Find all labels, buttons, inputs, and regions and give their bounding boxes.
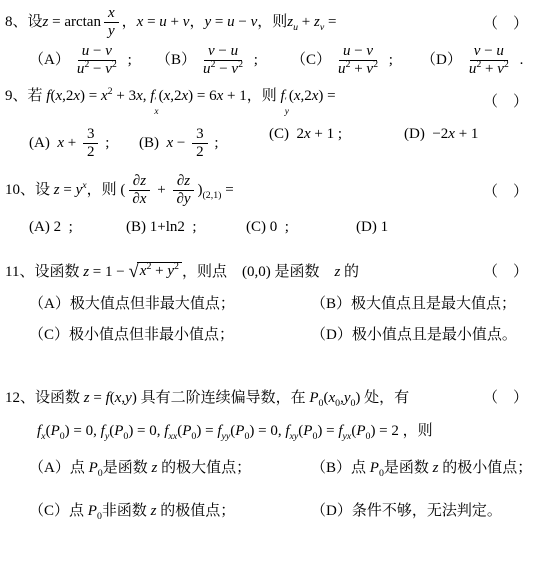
question-8-option-c: （C）u − vu2 + v2 ; (291, 43, 421, 79)
question-11-option-d: （D）极小值点且是最小值点。 (311, 323, 554, 344)
question-11-answer-blank: （ ） (483, 260, 528, 281)
question-8-option-a: （A）u − vu2 − v2 ; (29, 43, 156, 79)
question-12-option-b: （B）点 P0是函数 z 的极小值点； (311, 456, 554, 477)
question-10-stem-row: 10、设 z = yx，则 (∂z∂x + ∂z∂y)(2,1) = （ ） (5, 173, 554, 209)
question-10-option-a: (A) 2 ; (29, 219, 126, 236)
question-11-option-b: （B）极大值点且是最大值点； (311, 292, 554, 313)
question-8-option-d: （D）v − uu2 + v2 . (421, 43, 523, 79)
question-10-stem: 10、设 z = yx，则 (∂z∂x + ∂z∂y)(2,1) = (5, 173, 234, 209)
question-10-option-d: (D) 1 (356, 219, 388, 236)
question-8: 8、设z = arctanxy，x = u + v，y = u − v，则zu … (5, 5, 554, 78)
question-10: 10、设 z = yx，则 (∂z∂x + ∂z∂y)(2,1) = （ ） (… (5, 173, 554, 236)
question-9-options: (A) x + 32 ; (B) x − 32 ; (C) 2x + 1 ; (… (5, 126, 554, 162)
question-12-options: （A）点 P0是函数 z 的极大值点； （B）点 P0是函数 z 的极小值点； … (5, 456, 554, 520)
question-11-option-c: （C）极小值点但非最小值点； (29, 323, 311, 344)
question-12: 12、设函数 z = f(x,y) 具有二阶连续偏导数，在 P0(x0,y0) … (5, 386, 554, 520)
question-12-stem: 12、设函数 z = f(x,y) 具有二阶连续偏导数，在 P0(x0,y0) … (5, 386, 409, 407)
question-12-answer-blank: （ ） (483, 386, 528, 407)
question-11-option-a: （A）极大值点但非最大值点； (29, 292, 311, 313)
exam-page: 8、设z = arctanxy，x = u + v，y = u − v，则zu … (0, 0, 554, 565)
question-11: 11、设函数 z = 1 − √x2 + y2，则点 (0,0) 是函数 z 的… (5, 260, 554, 344)
question-12-conditions-formula: fx(P0) = 0, fy(P0) = 0, fxx(P0) = fyy(P0… (5, 419, 554, 440)
question-9-answer-blank: （ ） (483, 90, 528, 111)
question-9-option-b: (B) x − 32 ; (139, 126, 269, 162)
question-8-stem: 8、设z = arctanxy，x = u + v，y = u − v，则zu … (5, 5, 336, 41)
question-10-answer-blank: （ ） (483, 180, 528, 201)
question-8-options: （A）u − vu2 − v2 ; （B）v − uu2 − v2 ; （C）u… (5, 43, 554, 79)
question-12-option-c: （C）点 P0非函数 z 的极值点； (29, 499, 311, 520)
question-9-option-a: (A) x + 32 ; (29, 126, 139, 162)
question-9-option-d: (D) −2x + 1 (404, 126, 478, 162)
question-11-stem-row: 11、设函数 z = 1 − √x2 + y2，则点 (0,0) 是函数 z 的… (5, 260, 554, 282)
question-12-stem-row: 12、设函数 z = f(x,y) 具有二阶连续偏导数，在 P0(x0,y0) … (5, 386, 554, 407)
question-9-stem-row: 9、若 f(x,2x) = x2 + 3x, f′x(x,2x) = 6x + … (5, 84, 554, 118)
question-8-answer-blank: （ ） (483, 12, 528, 33)
question-10-option-b: (B) 1+ln2 ; (126, 219, 246, 236)
question-9-option-c: (C) 2x + 1 ; (269, 126, 404, 162)
question-11-stem: 11、设函数 z = 1 − √x2 + y2，则点 (0,0) 是函数 z 的 (5, 260, 359, 282)
question-12-option-a: （A）点 P0是函数 z 的极大值点； (29, 456, 311, 477)
question-12-option-d: （D）条件不够，无法判定。 (311, 499, 554, 520)
question-9-stem: 9、若 f(x,2x) = x2 + 3x, f′x(x,2x) = 6x + … (5, 84, 336, 118)
question-11-options: （A）极大值点但非最大值点； （B）极大值点且是最大值点； （C）极小值点但非最… (5, 292, 554, 344)
question-8-option-b: （B）v − uu2 − v2 ; (156, 43, 291, 79)
question-8-stem-row: 8、设z = arctanxy，x = u + v，y = u − v，则zu … (5, 5, 554, 41)
question-10-options: (A) 2 ; (B) 1+ln2 ; (C) 0 ; (D) 1 (5, 219, 554, 236)
question-10-option-c: (C) 0 ; (246, 219, 356, 236)
question-9: 9、若 f(x,2x) = x2 + 3x, f′x(x,2x) = 6x + … (5, 84, 554, 161)
